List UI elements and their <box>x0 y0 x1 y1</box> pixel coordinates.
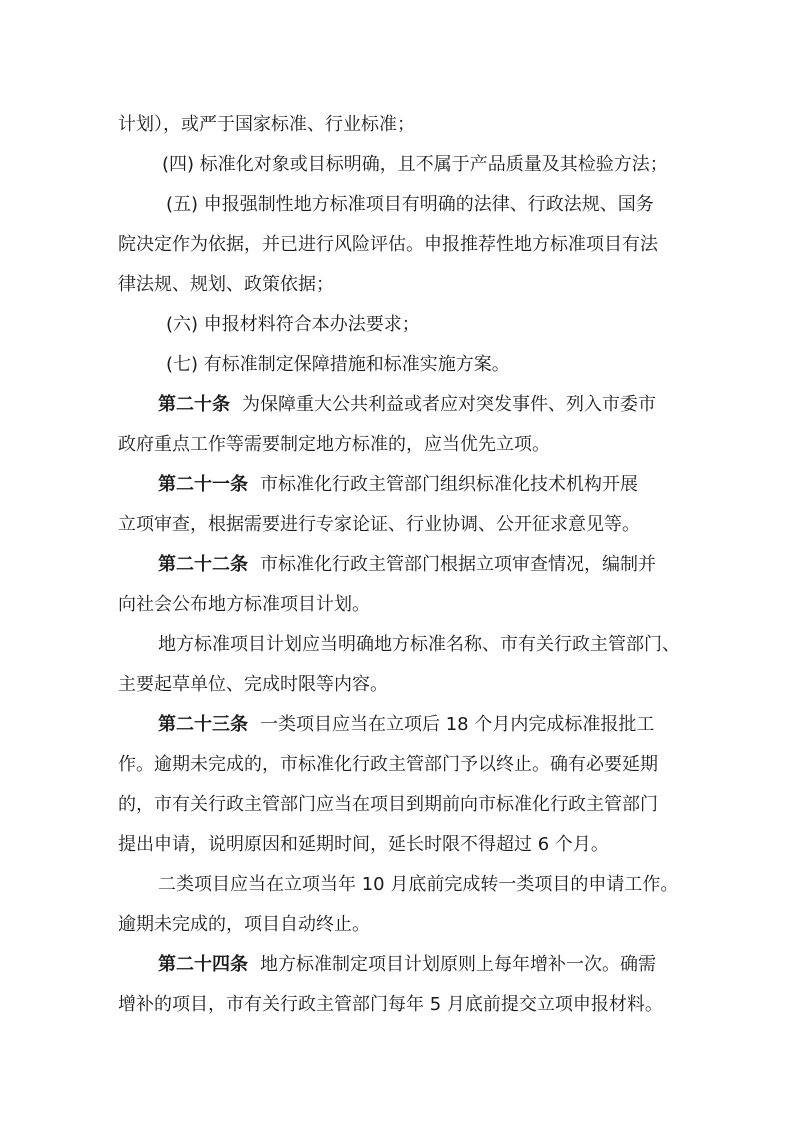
paragraph-continuation: 计划），或严于国家标准、行业标准； <box>118 105 676 145</box>
text-line: (五) 申报强制性地方标准项目有明确的法律、行政法规、国务 <box>118 185 676 225</box>
text-line: (四) 标准化对象或目标明确，且不属于产品质量及其检验方法； <box>118 145 676 185</box>
list-item-4: (四) 标准化对象或目标明确，且不属于产品质量及其检验方法； <box>118 145 676 185</box>
article-24: 第二十四条地方标准制定项目计划原则上每年增补一次。确需 增补的项目，市有关行政主… <box>118 945 676 1025</box>
text-line: 计划），或严于国家标准、行业标准； <box>118 105 676 145</box>
text-line: 二类项目应当在立项当年 10 月底前完成转一类项目的申请工作。 <box>118 865 676 905</box>
text-line: 为保障重大公共利益或者应对突发事件、列入市委市 <box>242 394 656 415</box>
article-22: 第二十二条市标准化行政主管部门根据立项审查情况，编制并 向社会公布地方标准项目计… <box>118 545 676 625</box>
text-line: 增补的项目，市有关行政主管部门每年 5 月底前提交立项申报材料。 <box>118 985 676 1025</box>
text-line: 主要起草单位、完成时限等内容。 <box>118 665 676 705</box>
text-line: 院决定作为依据，并已进行风险评估。申报推荐性地方标准项目有法 <box>118 225 676 265</box>
article-number: 第二十三条 <box>158 714 248 735</box>
article-number: 第二十二条 <box>158 554 248 575</box>
text-line: (七) 有标准制定保障措施和标准实施方案。 <box>118 345 676 385</box>
article-20: 第二十条为保障重大公共利益或者应对突发事件、列入市委市 政府重点工作等需要制定地… <box>118 385 676 465</box>
text-line: 立项审查，根据需要进行专家论证、行业协调、公开征求意见等。 <box>118 505 676 545</box>
list-item-5: (五) 申报强制性地方标准项目有明确的法律、行政法规、国务 院决定作为依据，并已… <box>118 185 676 305</box>
text-line: 提出申请，说明原因和延期时间，延长时限不得超过 6 个月。 <box>118 825 676 865</box>
document-page: 计划），或严于国家标准、行业标准； (四) 标准化对象或目标明确，且不属于产品质… <box>118 105 676 1025</box>
text-line: 地方标准项目计划应当明确地方标准名称、市有关行政主管部门、 <box>118 625 676 665</box>
article-21: 第二十一条市标准化行政主管部门组织标准化技术机构开展 立项审查，根据需要进行专家… <box>118 465 676 545</box>
article-number: 第二十条 <box>158 394 230 415</box>
paragraph-category-two: 二类项目应当在立项当年 10 月底前完成转一类项目的申请工作。 逾期未完成的，项… <box>118 865 676 945</box>
list-item-6: (六) 申报材料符合本办法要求； <box>118 305 676 345</box>
text-line: 一类项目应当在立项后 18 个月内完成标准报批工 <box>260 714 654 735</box>
article-23: 第二十三条一类项目应当在立项后 18 个月内完成标准报批工 作。逾期未完成的，市… <box>118 705 676 865</box>
article-number: 第二十四条 <box>158 954 248 975</box>
text-line: 逾期未完成的，项目自动终止。 <box>118 905 676 945</box>
text-line: 市标准化行政主管部门组织标准化技术机构开展 <box>260 474 638 495</box>
text-line: 向社会公布地方标准项目计划。 <box>118 585 676 625</box>
text-line: 政府重点工作等需要制定地方标准的，应当优先立项。 <box>118 425 676 465</box>
text-line: 市标准化行政主管部门根据立项审查情况，编制并 <box>260 554 656 575</box>
text-line: 律法规、规划、政策依据； <box>118 265 676 305</box>
text-line: (六) 申报材料符合本办法要求； <box>118 305 676 345</box>
list-item-7: (七) 有标准制定保障措施和标准实施方案。 <box>118 345 676 385</box>
article-number: 第二十一条 <box>158 474 248 495</box>
text-line: 的，市有关行政主管部门应当在项目到期前向市标准化行政主管部门 <box>118 785 676 825</box>
text-line: 地方标准制定项目计划原则上每年增补一次。确需 <box>260 954 656 975</box>
text-line: 作。逾期未完成的，市标准化行政主管部门予以终止。确有必要延期 <box>118 745 676 785</box>
paragraph-plan-content: 地方标准项目计划应当明确地方标准名称、市有关行政主管部门、 主要起草单位、完成时… <box>118 625 676 705</box>
